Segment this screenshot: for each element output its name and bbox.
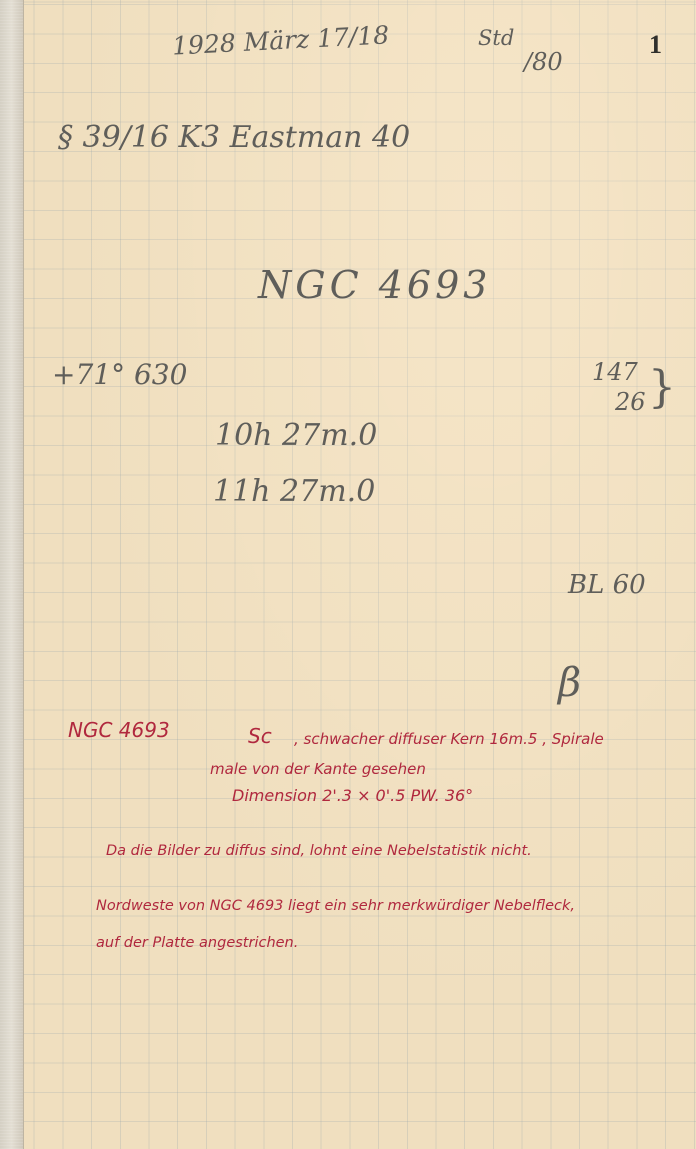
object-title: NGC 4693: [258, 263, 491, 307]
page-number: 1: [649, 30, 662, 60]
right-number-2: 26: [615, 388, 646, 416]
page-binding: [0, 0, 24, 1149]
right-number-1: 147: [592, 358, 638, 386]
header-std-value: /80: [524, 48, 563, 76]
declination: +71° 630: [52, 358, 187, 391]
header-date: 1928 März 17/18: [171, 20, 389, 60]
note-line-3: Dimension 2'.3 × 0'.5 PW. 36°: [232, 786, 473, 805]
header-std: Std: [478, 26, 514, 50]
right-ascension-2: 11h 27m.0: [213, 474, 375, 509]
note-object: NGC 4693: [68, 718, 170, 742]
brace-mark: }: [648, 362, 676, 413]
note-line-1: , schwacher diffuser Kern 16m.5 , Spiral…: [294, 730, 604, 748]
note-line-5: Nordweste von NGC 4693 liegt ein sehr me…: [96, 898, 575, 914]
plate-line: § 39/16 K3 Eastman 40: [58, 120, 410, 155]
note-line-6: auf der Platte angestrichen.: [96, 935, 298, 951]
bl-value: BL 60: [568, 570, 646, 600]
right-ascension-1: 10h 27m.0: [215, 418, 377, 453]
note-line-2: male von der Kante gesehen: [210, 760, 426, 778]
beta-mark: β: [558, 660, 581, 706]
notebook-page: 1928 März 17/18 Std /80 1 § 39/16 K3 Eas…: [0, 0, 696, 1149]
note-type: Sc: [248, 724, 272, 748]
note-line-4: Da die Bilder zu diffus sind, lohnt eine…: [106, 843, 532, 859]
